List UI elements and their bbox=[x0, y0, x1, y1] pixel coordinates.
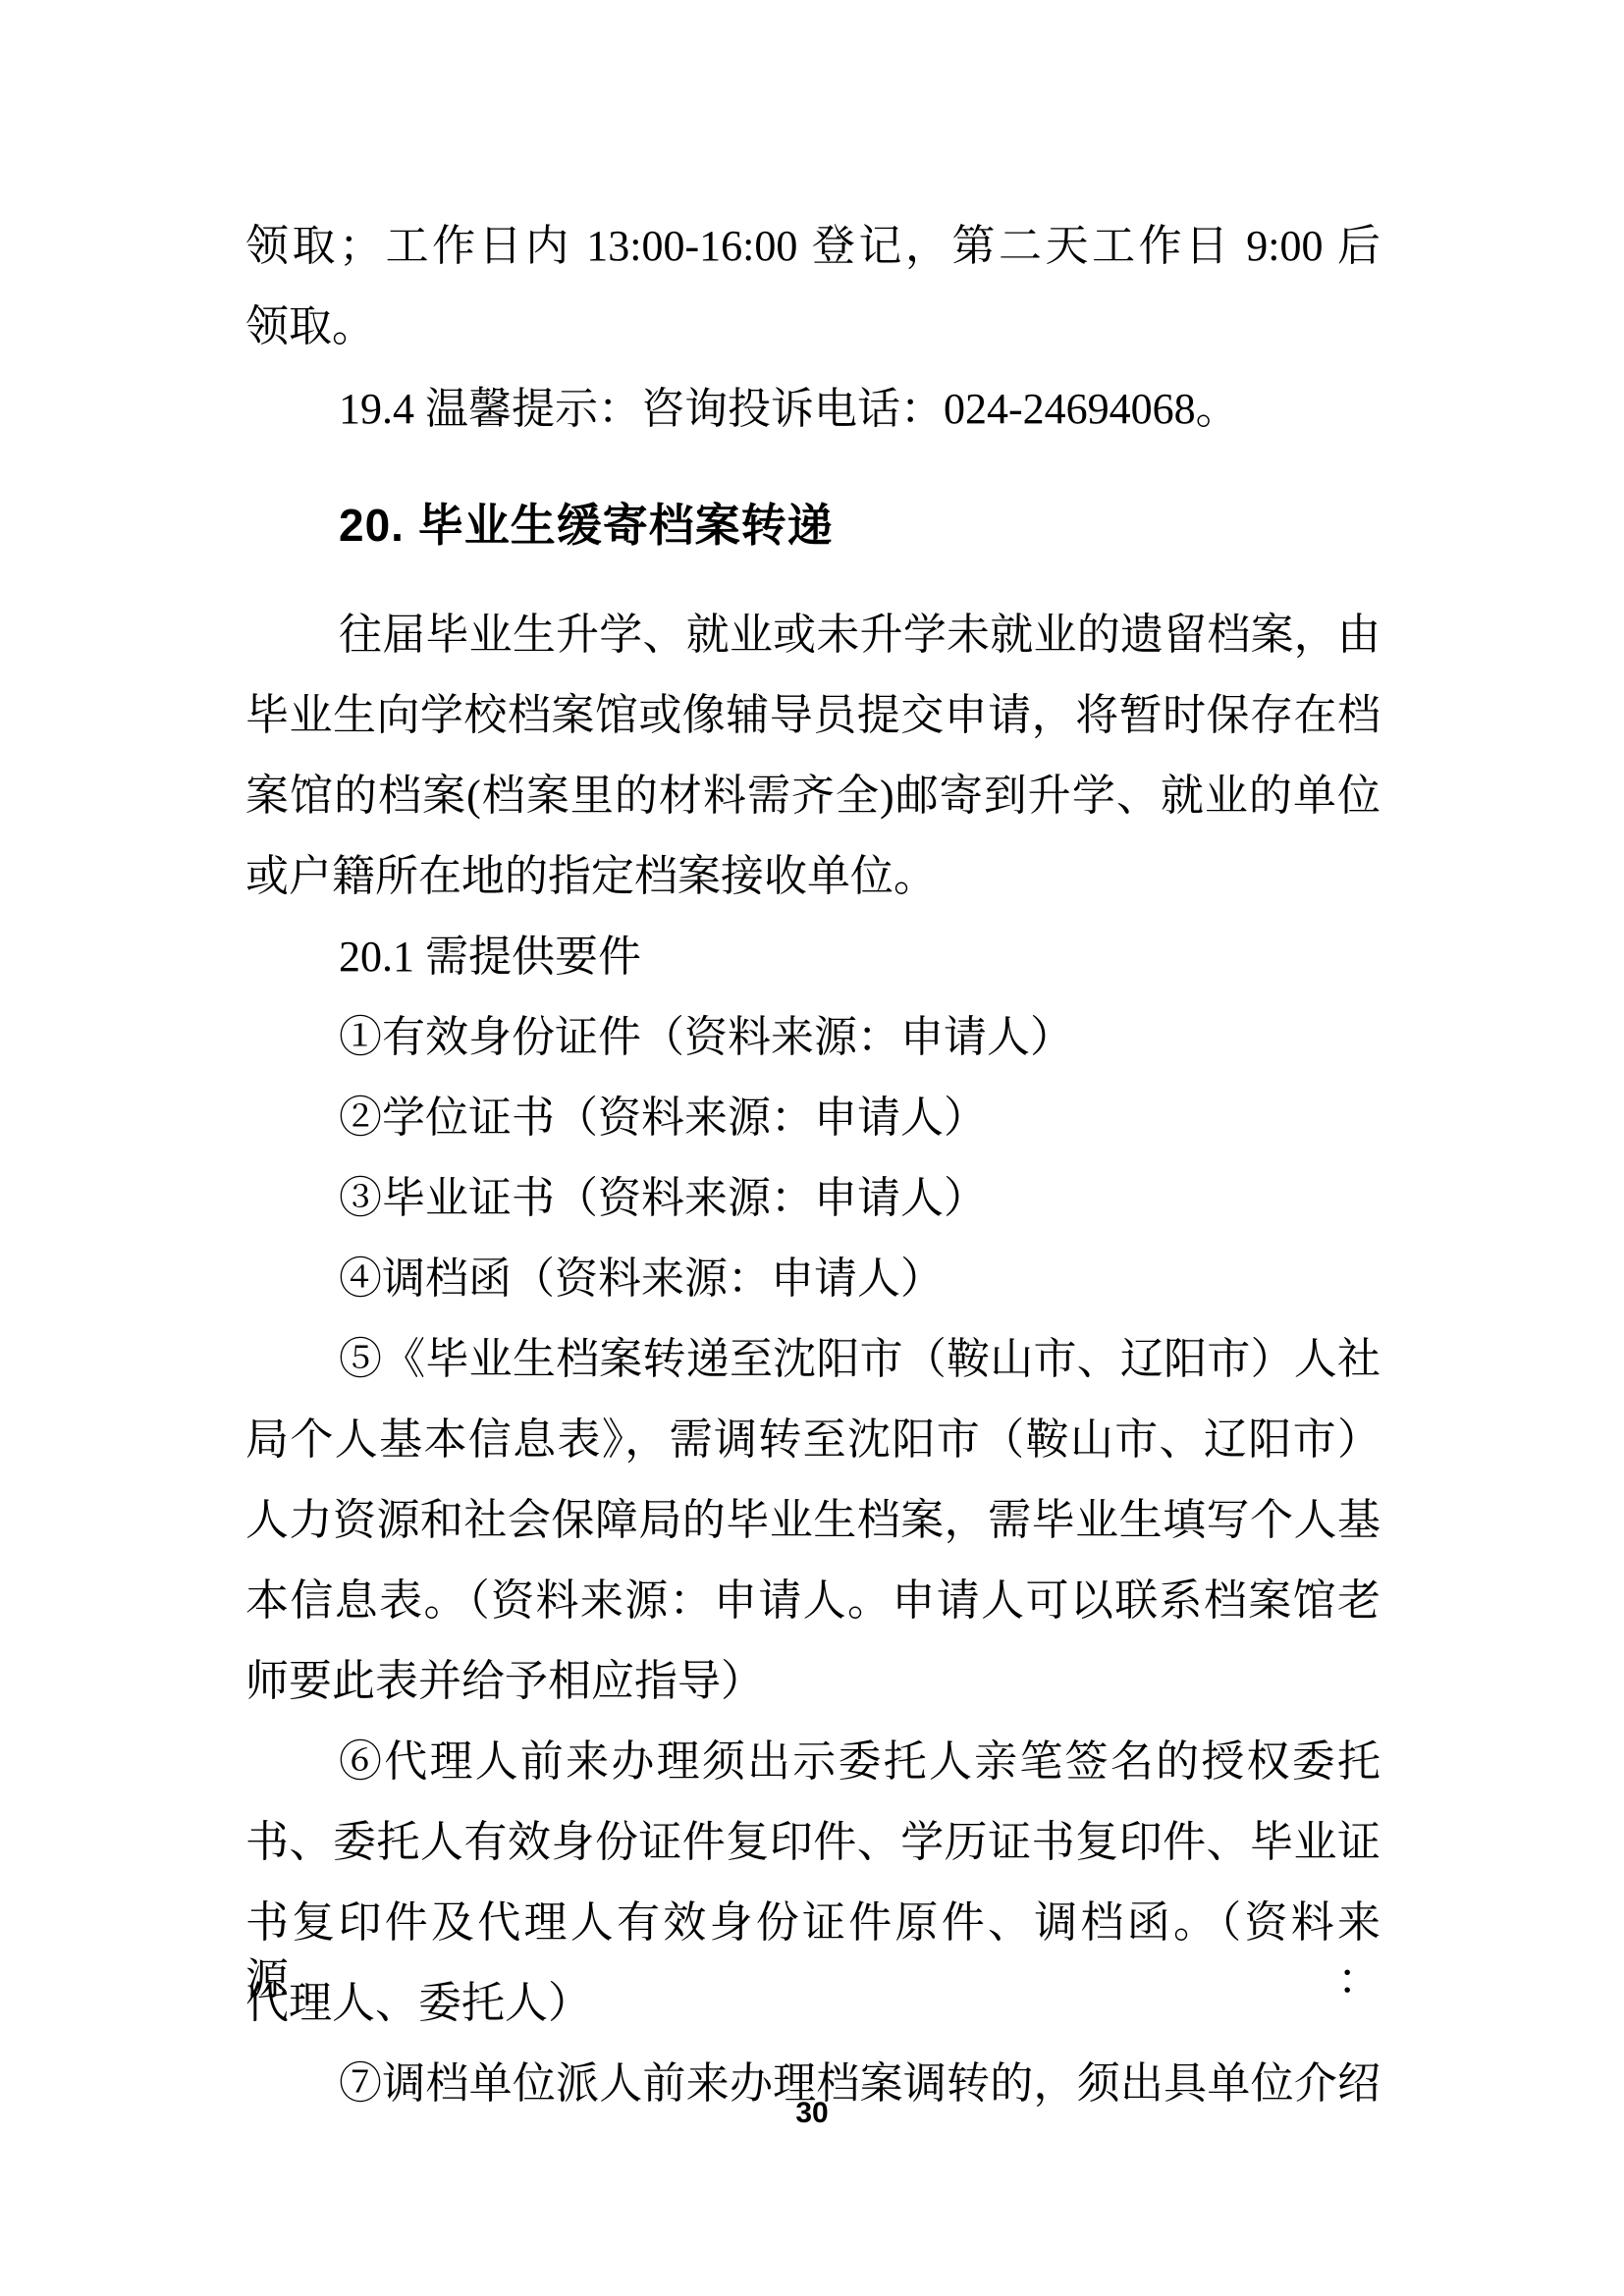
text-line: 本信息表。（资料来源：申请人。申请人可以联系档案馆老 bbox=[245, 1573, 1380, 1629]
text-line: 局个人基本信息表》，需调转至沈阳市（鞍山市、辽阳市） bbox=[245, 1412, 1380, 1468]
text-line: 领取；工作日内 13:00-16:00 登记，第二天工作日 9:00 后 bbox=[245, 218, 1380, 275]
section-heading: 20. 毕业生缓寄档案转递 bbox=[245, 497, 1380, 554]
text-line: 领取。 bbox=[245, 298, 1380, 355]
subsection-heading: 20.1 需提供要件 bbox=[245, 929, 1380, 986]
text-line: 师要此表并给予相应指导） bbox=[245, 1653, 1380, 1710]
text-line: 人力资源和社会保障局的毕业生档案，需毕业生填写个人基 bbox=[245, 1492, 1380, 1549]
list-item: ⑤《毕业生档案转递至沈阳市（鞍山市、辽阳市）人社 bbox=[245, 1331, 1380, 1388]
page-number: 30 bbox=[0, 2097, 1624, 2130]
text-line: 毕业生向学校档案馆或像辅导员提交申请，将暂时保存在档 bbox=[245, 687, 1380, 744]
text-line: 案馆的档案(档案里的材料需齐全)邮寄到升学、就业的单位 bbox=[245, 768, 1380, 825]
list-item: ①有效身份证件（资料来源：申请人） bbox=[245, 1009, 1380, 1066]
text-line: 往届毕业生升学、就业或未升学未就业的遗留档案，由 bbox=[245, 607, 1380, 664]
document-page: 领取；工作日内 13:00-16:00 登记，第二天工作日 9:00 后 领取。… bbox=[0, 0, 1624, 2296]
list-item: ⑥代理人前来办理须出示委托人亲笔签名的授权委托 bbox=[245, 1734, 1380, 1790]
text-line: 代理人、委托人） bbox=[245, 1975, 1380, 2032]
list-item: ④调档函（资料来源：申请人） bbox=[245, 1251, 1380, 1308]
list-item: ③毕业证书（资料来源：申请人） bbox=[245, 1170, 1380, 1227]
text-line: 或户籍所在地的指定档案接收单位。 bbox=[245, 848, 1380, 905]
text-line: 书、委托人有效身份证件复印件、学历证书复印件、毕业证 bbox=[245, 1814, 1380, 1871]
list-item: ②学位证书（资料来源：申请人） bbox=[245, 1090, 1380, 1147]
subsection-heading: 19.4 温馨提示：咨询投诉电话：024-24694068。 bbox=[245, 381, 1380, 438]
